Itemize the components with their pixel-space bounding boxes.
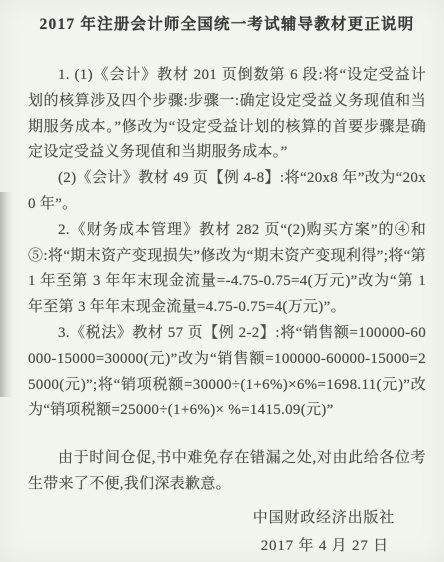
correction-item-3: 3.《税法》教材 57 页【例 2-2】:将“销售额=100000-60000-… bbox=[28, 321, 426, 424]
document-title: 2017 年注册会计师全国统一考试辅导教材更正说明 bbox=[28, 12, 426, 34]
correction-item-2: 2.《财务成本管理》教材 282 页“(2)购买方案”的④和⑤:将“期末资产变现… bbox=[28, 218, 426, 321]
correction-notice-page: 2017 年注册会计师全国统一考试辅导教材更正说明 1. (1)《会计》教材 2… bbox=[0, 0, 444, 562]
publisher-signature: 中国财政经济出版社 bbox=[28, 505, 426, 531]
correction-item-1-2: (2)《会计》教材 49 页【例 4-8】:将“20x8 年”改为“20x0 年… bbox=[28, 166, 426, 218]
closing-apology: 由于时间仓促,书中难免存在错漏之处,对由此给各位考生带来了不便,我们深表歉意。 bbox=[28, 446, 426, 498]
correction-item-1-1: 1. (1)《会计》教材 201 页倒数第 6 段:将“设定受益计划的核算涉及四… bbox=[28, 63, 426, 166]
document-content: 2017 年注册会计师全国统一考试辅导教材更正说明 1. (1)《会计》教材 2… bbox=[0, 0, 444, 559]
signature-date: 2017 年 4 月 27 日 bbox=[28, 533, 426, 559]
